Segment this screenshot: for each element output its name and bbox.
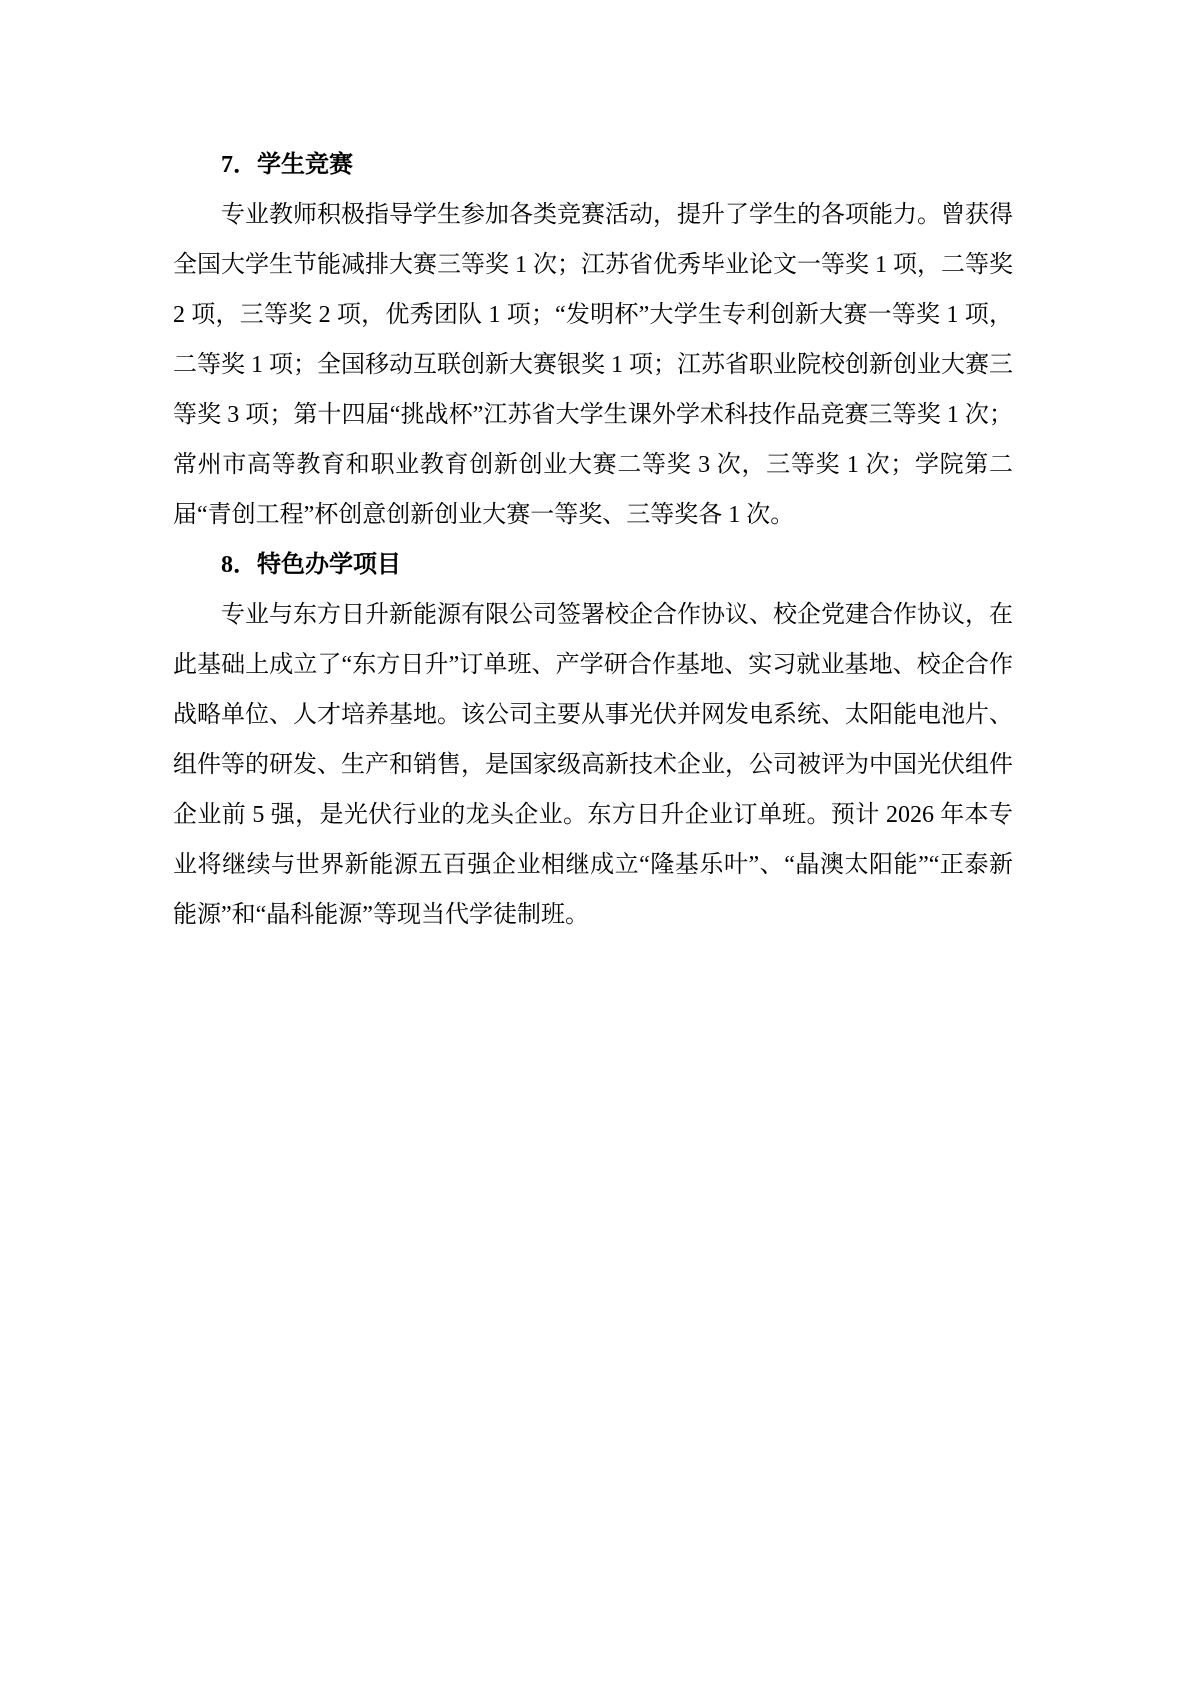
document-content: 7．学生竞赛 专业教师积极指导学生参加各类竞赛活动，提升了学生的各项能力。曾获得… <box>173 140 1013 940</box>
paragraph-student-competitions: 专业教师积极指导学生参加各类竞赛活动，提升了学生的各项能力。曾获得全国大学生节能… <box>173 190 1013 540</box>
section-heading-featured-programs: 8．特色办学项目 <box>173 540 1013 590</box>
section-heading-student-competitions: 7．学生竞赛 <box>173 140 1013 190</box>
document-page: 7．学生竞赛 专业教师积极指导学生参加各类竞赛活动，提升了学生的各项能力。曾获得… <box>0 0 1191 1684</box>
paragraph-featured-programs: 专业与东方日升新能源有限公司签署校企合作协议、校企党建合作协议，在此基础上成立了… <box>173 590 1013 940</box>
